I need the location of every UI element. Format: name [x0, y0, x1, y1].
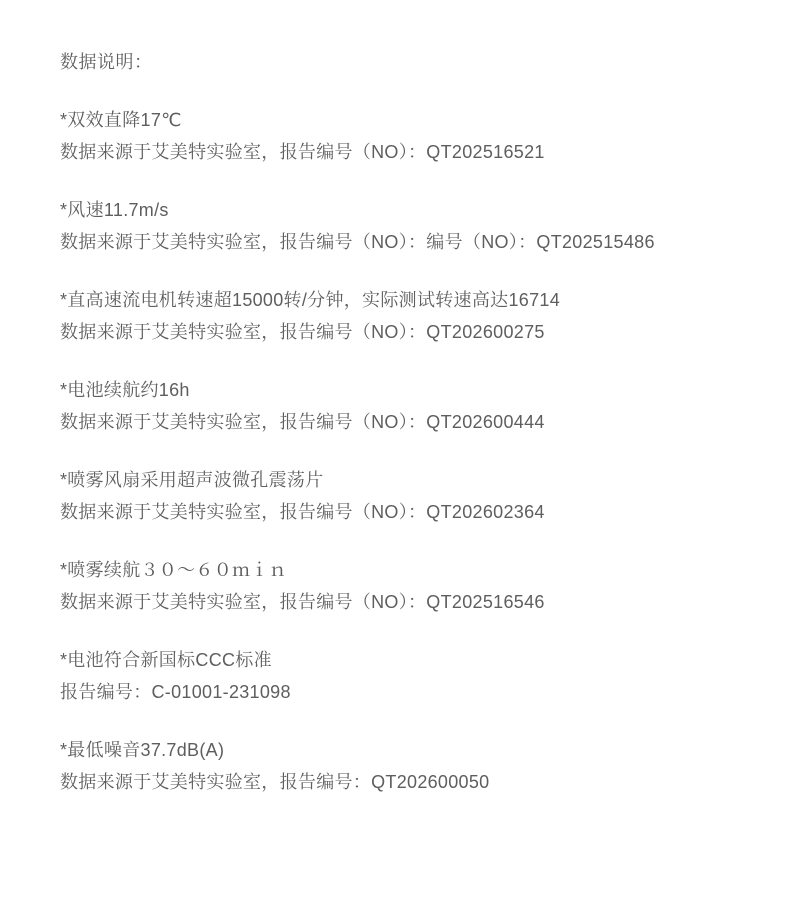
- source-line: 数据来源于艾美特实验室，报告编号：QT202600050: [60, 766, 750, 798]
- note-section-cooling: *双效直降17℃ 数据来源于艾美特实验室，报告编号（NO）：QT20251652…: [60, 104, 750, 168]
- claim-line: *最低噪音37.7dB(A): [60, 734, 750, 766]
- claim-line: *电池符合新国标CCC标准: [60, 644, 750, 676]
- source-line: 报告编号：C-01001-231098: [60, 676, 750, 708]
- note-section-mist-duration: *喷雾续航３０～６０ｍｉｎ 数据来源于艾美特实验室，报告编号（NO）：QT202…: [60, 554, 750, 618]
- source-line: 数据来源于艾美特实验室，报告编号（NO）：QT202516546: [60, 586, 750, 618]
- source-line: 数据来源于艾美特实验室，报告编号（NO）：QT202600275: [60, 316, 750, 348]
- source-line: 数据来源于艾美特实验室，报告编号（NO）：编号（NO）：QT202515486: [60, 226, 750, 258]
- claim-line: *风速11.7m/s: [60, 194, 750, 226]
- claim-line: *喷雾续航３０～６０ｍｉｎ: [60, 554, 750, 586]
- note-section-wind-speed: *风速11.7m/s 数据来源于艾美特实验室，报告编号（NO）：编号（NO）：Q…: [60, 194, 750, 258]
- claim-line: *直高速流电机转速超15000转/分钟，实际测试转速高达16714: [60, 284, 750, 316]
- claim-line: *双效直降17℃: [60, 104, 750, 136]
- source-line: 数据来源于艾美特实验室，报告编号（NO）：QT202516521: [60, 136, 750, 168]
- source-line: 数据来源于艾美特实验室，报告编号（NO）：QT202600444: [60, 406, 750, 438]
- note-section-battery-life: *电池续航约16h 数据来源于艾美特实验室，报告编号（NO）：QT2026004…: [60, 374, 750, 438]
- claim-line: *喷雾风扇采用超声波微孔震荡片: [60, 464, 750, 496]
- page-title: 数据说明：: [60, 46, 750, 78]
- note-section-mist-fan: *喷雾风扇采用超声波微孔震荡片 数据来源于艾美特实验室，报告编号（NO）：QT2…: [60, 464, 750, 528]
- note-section-motor-speed: *直高速流电机转速超15000转/分钟，实际测试转速高达16714 数据来源于艾…: [60, 284, 750, 348]
- note-section-battery-standard: *电池符合新国标CCC标准 报告编号：C-01001-231098: [60, 644, 750, 708]
- data-notes-page: 数据说明： *双效直降17℃ 数据来源于艾美特实验室，报告编号（NO）：QT20…: [0, 0, 790, 907]
- claim-line: *电池续航约16h: [60, 374, 750, 406]
- note-section-noise-level: *最低噪音37.7dB(A) 数据来源于艾美特实验室，报告编号：QT202600…: [60, 734, 750, 798]
- source-line: 数据来源于艾美特实验室，报告编号（NO）：QT202602364: [60, 496, 750, 528]
